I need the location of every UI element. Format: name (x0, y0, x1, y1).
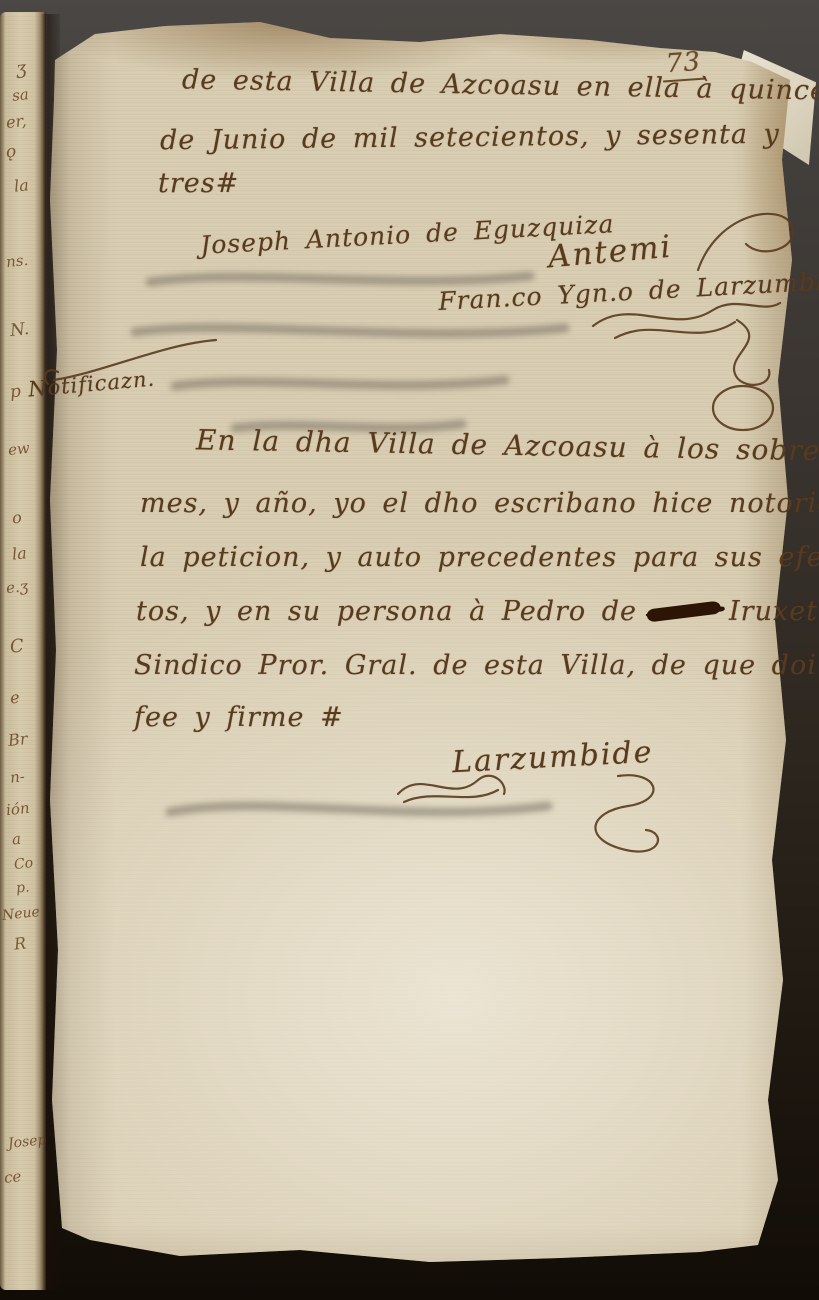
page-fragment-text: Co (13, 855, 34, 873)
page-fragment-text: p (9, 381, 22, 402)
page-fragment-text: p. (15, 879, 30, 896)
page-fragment-text: R (13, 933, 27, 953)
page-fragment-text: o (11, 508, 23, 528)
page-fragment-text: sa (11, 85, 29, 105)
page-fragment-text: e (9, 688, 20, 708)
manuscript-page (42, 18, 794, 1270)
page-fragment-text: Br (7, 729, 28, 750)
manuscript-photo: ʒsaer,ǫlans.N.pewolae.ʒCeBrn-iónaCop.Neu… (0, 0, 819, 1300)
page-fragment-text: a (11, 830, 22, 849)
page-fragment-text: C (9, 635, 25, 657)
page-fragment-text: N. (9, 319, 30, 341)
page-fragment-text: ʒ (15, 58, 27, 80)
page-fragment-text: ión (5, 799, 30, 819)
page-fragment-text: la (11, 543, 28, 563)
page-fragment-text: e.ʒ (5, 577, 29, 597)
page-fragment-text: ǫ (5, 142, 17, 163)
page-fragment-text: er, (5, 111, 27, 132)
page-fragment-text: ew (7, 439, 30, 459)
page-fragment-text: ce (3, 1167, 22, 1187)
page-fragment-text: ns. (5, 251, 29, 271)
page-fragment-text: la (13, 175, 30, 195)
page-fragment-text: n- (9, 767, 26, 786)
page-fragment-text: Neue (1, 904, 40, 924)
